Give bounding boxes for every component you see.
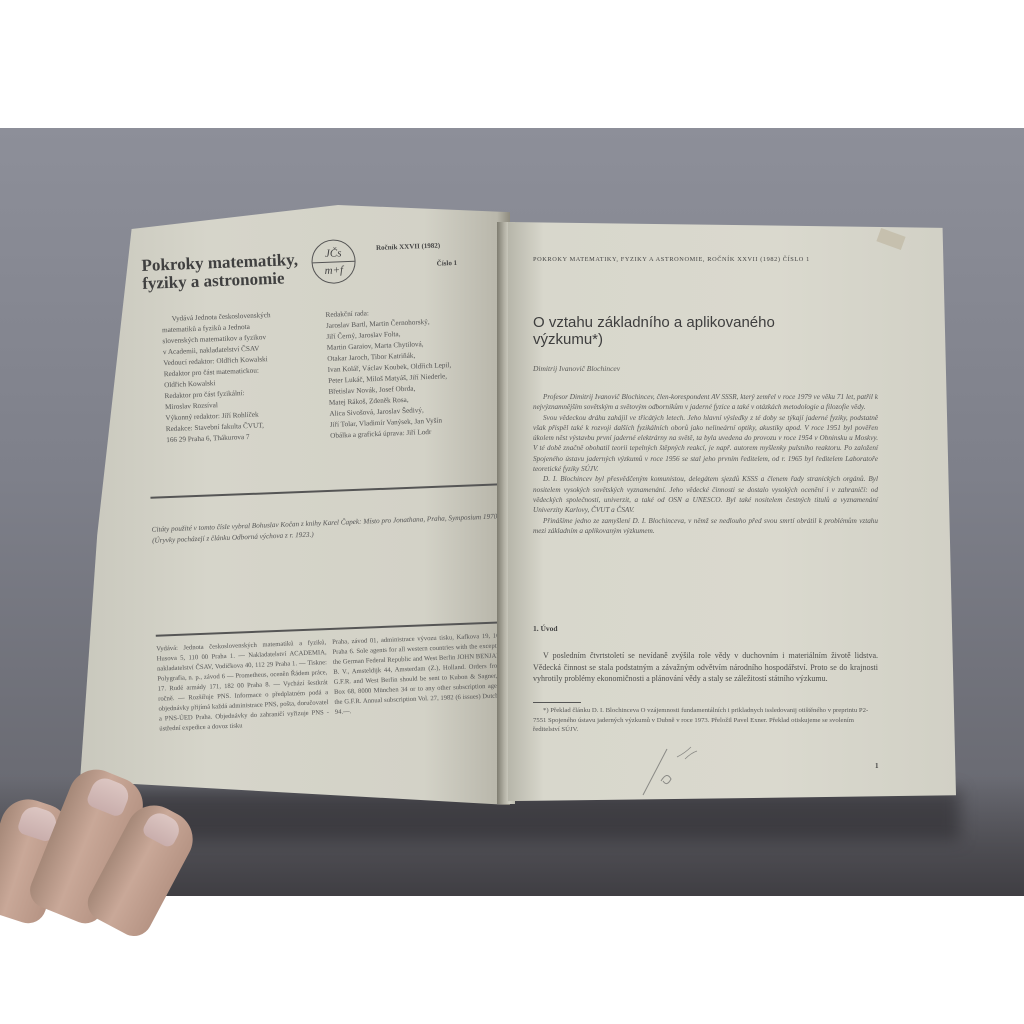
- logo-top-text: JČs: [312, 244, 355, 263]
- pencil-mark-icon: [633, 737, 713, 797]
- logo-bottom-text: m+f: [324, 262, 343, 279]
- colophon-right: Praha, závod 01, administrace vývozu tis…: [332, 631, 510, 718]
- fingernail: [85, 774, 132, 818]
- footnote: *) Překlad článku D. I. Blochinceva O vz…: [533, 706, 878, 735]
- fingernail: [141, 808, 184, 849]
- footnote-rule: [533, 702, 581, 703]
- article-abstract: Profesor Dimitrij Ivanovič Blochincev, č…: [533, 392, 878, 536]
- issue-label: Číslo 1: [437, 259, 458, 268]
- editorial-board: Redakční rada:Jaroslav Bartl, Martin Čer…: [325, 303, 508, 442]
- article-author: Dimitrij Ivanovič Blochincev: [533, 364, 620, 373]
- page-number: 1: [875, 762, 879, 770]
- abstract-paragraph: Svou vědeckou dráhu zahájil ve třicátých…: [533, 413, 878, 475]
- abstract-paragraph: Přinášíme jedno ze zamyšlení D. I. Bloch…: [533, 516, 878, 537]
- article-title: O vztahu základního a aplikovaného výzku…: [533, 314, 833, 348]
- abstract-paragraph: D. I. Blochincev byl přesvědčeným komuni…: [533, 474, 878, 515]
- section-heading: 1. Úvod: [533, 624, 558, 633]
- journal-logo-icon: JČs m+f: [311, 239, 357, 285]
- publisher-block: Vydává Jednota československýchmatematik…: [161, 308, 326, 446]
- abstract-paragraph: Profesor Dimitrij Ivanovič Blochincev, č…: [533, 392, 878, 413]
- divider: [150, 483, 505, 498]
- intro-paragraph: V posledním čtvrtstoletí se nevídaně zvý…: [533, 650, 878, 685]
- right-page: POKROKY MATEMATIKY, FYZIKY A ASTRONOMIE,…: [508, 222, 956, 807]
- journal-title: Pokroky matematiky, fyziky a astronomie: [141, 250, 312, 292]
- left-page: Pokroky matematiky, fyziky a astronomie …: [80, 205, 510, 805]
- volume-label: Ročník XXVII (1982): [376, 241, 440, 251]
- running-head: POKROKY MATEMATIKY, FYZIKY A ASTRONOMIE,…: [533, 256, 810, 263]
- colophon-left: Vydává: Jednota československých matemat…: [156, 638, 329, 734]
- quotes-note: Citáty použité v tomto čísle vybral Bohu…: [152, 511, 508, 547]
